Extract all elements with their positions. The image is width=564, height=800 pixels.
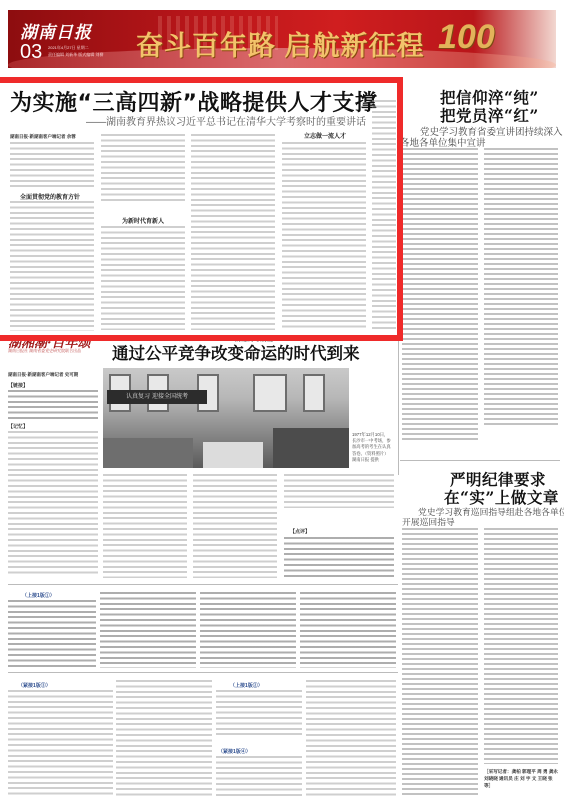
lower-divider [8,672,398,673]
continued-text-1c [200,592,296,668]
article2-col3 [193,474,277,578]
article2-col4a [284,474,394,508]
article2-comment-text [284,537,394,579]
main-body-col5 [372,100,396,330]
historic-classroom-photo[interactable]: 认真复习 迎接全国统考 [103,368,349,468]
article2-col2 [103,474,187,578]
main-body-col2a [101,134,185,202]
main-body-col4 [282,142,366,330]
main-body-col1a [10,142,94,188]
right-article1-subtitle-line2: 各地各单位集中宣讲 [400,135,486,149]
continued-text-5 [306,680,396,798]
article2-link-text [8,390,98,420]
editor-line: 责任编辑 刘新华 版式编辑 刘柳 [48,51,108,58]
tag-comment: 【点评】 [290,528,310,535]
subhead-education-policy: 全面贯彻党的教育方针 [20,192,80,201]
right-article1-col2 [484,148,558,428]
subhead-first-class-talent: 立志做一流人才 [304,131,346,140]
right-article1-col1 [402,148,478,440]
continued-text-1b [100,592,196,668]
photo-caption: 1977年12月10日，长沙市一中考场，参加高考的考生在认真答卷。（资料照片）湖… [352,432,392,463]
date-line: 2021年4月27日 星期二 [48,44,108,51]
page-number: 03 [20,42,42,62]
section-divider [8,584,398,585]
main-body-col1b [10,201,94,331]
centenary-100-emblem: 100 [438,18,495,57]
right-article2-col2 [484,528,558,764]
tag-link: 【链接】 [8,382,28,389]
article2-byline: 湖南日报·新湖南客户端记者 史可期 [8,372,78,378]
continued-text-2 [8,690,113,798]
right-article2-col1 [402,528,478,798]
continued-link-3[interactable]: （上接1版②） [230,682,263,689]
continued-text-2b [116,680,212,798]
continued-link-1[interactable]: （上接1版①） [22,592,55,599]
continued-text-4 [216,756,302,798]
main-body-col2b [101,226,185,330]
continued-link-4[interactable]: （紧接1版④） [218,748,251,755]
continued-text-1d [300,592,396,668]
right-article2-subtitle-line2: 开展巡回指导 [402,515,455,528]
centenary-slogan: 奋斗百年路 启航新征程 [136,24,425,63]
newspaper-masthead: 湖南日报 03 2021年4月27日 星期二 责任编辑 刘新华 版式编辑 刘柳 … [8,10,556,68]
photo-banner-text: 认真复习 迎接全国统考 [107,390,207,404]
right-divider [400,460,560,461]
newspaper-logo: 湖南日报 [20,18,92,43]
article2-headline[interactable]: 通过公平竞争改变命运的时代到来 [112,340,360,364]
continued-text-1 [8,600,96,668]
column-divider [398,145,399,475]
continued-text-3 [216,690,302,738]
continued-link-2[interactable]: （紧接1版③） [18,682,51,689]
main-body-col3 [191,134,275,330]
tag-memory: 【记忆】 [8,423,28,430]
main-byline: 湖南日报·新湖南客户端记者 余蓉 [10,134,76,140]
subhead-new-people: 为新时代育新人 [122,216,164,225]
masthead-meta: 2021年4月27日 星期二 责任编辑 刘新华 版式编辑 刘柳 [48,44,108,58]
right-article1-title-line2[interactable]: 把党员淬“红” [440,104,539,126]
article2-col1 [8,431,98,576]
main-subheadline: ——湖南教育界热议习近平总书记在清华大学考察时的重要讲话 [86,113,366,128]
section-banner-note: 湖南日报社 湖南省委党史研究院联合出品 [8,348,81,354]
right-article2-credit: ［采写记者：龚柏 郭理平 周 勇 龚永 刘晓晓 通讯员 庄 刘 宇 文 王晓 张… [484,768,558,789]
